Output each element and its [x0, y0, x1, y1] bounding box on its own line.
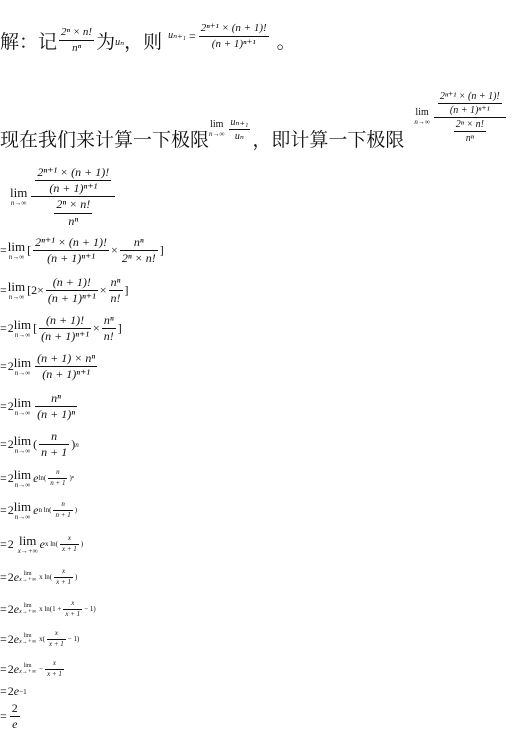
bracket: [ [27, 243, 31, 258]
exp-part: x( [39, 636, 45, 643]
limit-operator: limx→+∞ [19, 603, 36, 615]
lim-subscript: n→∞ [15, 410, 31, 417]
limit-operator: limx→+∞ [19, 663, 36, 675]
times-sign: × [111, 243, 118, 258]
exponent: n ln(nn + 1) [38, 501, 77, 519]
numerator: x [51, 660, 58, 668]
u-n1-denominator: (n + 1)ⁿ⁺¹ [210, 38, 258, 50]
numerator: n [54, 469, 62, 477]
lim-subscript: n→∞ [15, 482, 31, 489]
lim-text: lim [10, 186, 27, 199]
period: 。 [277, 27, 296, 54]
numerator: x [66, 535, 73, 543]
denominator: n + 1 [39, 446, 69, 459]
fraction: 2ⁿ⁺¹ × (n + 1)!(n + 1)ⁿ⁺¹ [33, 236, 109, 265]
fraction: nⁿ(n + 1)ⁿ [35, 392, 77, 421]
lim-text: lim [14, 318, 31, 331]
limit-operator: limn→∞ [14, 356, 31, 377]
step-11: = 2 e limx→+∞ x ln(xx + 1) [0, 568, 77, 586]
limit-operator: limx→+∞ [19, 633, 36, 645]
numerator: nⁿ [49, 392, 63, 405]
lim-subscript: x→+∞ [19, 639, 36, 645]
lim-subscript: n→∞ [9, 254, 25, 261]
equals-sign: = [0, 437, 7, 452]
denominator: n! [102, 330, 116, 343]
fraction: (n + 1)!(n + 1)ⁿ⁺¹ [39, 314, 91, 343]
lim-text: lim [14, 500, 31, 513]
denominator: n! [109, 292, 123, 305]
numerator: x [69, 600, 76, 608]
fraction-bar [59, 40, 94, 41]
exp-part: n ln( [38, 507, 51, 514]
step-9: = 2 limn→∞ e n ln(nn + 1) [0, 500, 77, 521]
limit-operator: limn→∞ [14, 434, 31, 455]
step-12: = 2 e limx→+∞ x ln(1 + xx + 1 − 1) [0, 600, 96, 618]
fraction: nⁿ2ⁿ × n! [120, 236, 158, 265]
numerator: 2ⁿ⁺¹ × (n + 1)! [33, 236, 109, 249]
as-label: 为 [96, 27, 115, 54]
exp-part: x ln( [39, 574, 52, 581]
numerator: nⁿ [109, 276, 123, 289]
lim-subscript: x→+∞ [18, 548, 38, 555]
lim-text: lim [14, 396, 31, 409]
compound-numerator: 2ⁿ⁺¹ × (n + 1)! (n + 1)ⁿ⁺¹ [33, 166, 113, 195]
equals-sign: = [0, 399, 7, 414]
bracket: [ [33, 321, 37, 336]
exp-part: x ln( [45, 541, 58, 548]
limit-operator: limn→∞ [14, 500, 31, 521]
text-middle: ，即计算一下极限 [252, 125, 404, 152]
fraction: xx + 1 [54, 568, 73, 586]
lim-subscript: n→∞ [11, 200, 27, 207]
coefficient: 2 [8, 537, 14, 552]
step-13: = 2 e limx→+∞ x(xx + 1 − 1) [0, 630, 79, 648]
numerator: (n + 1)! [44, 314, 86, 327]
fraction: xx + 1 [45, 660, 64, 678]
lim-subscript: n→∞ [15, 332, 31, 339]
exponent: limx→+∞ x(xx + 1 − 1) [19, 630, 79, 648]
lim-text: lim [14, 356, 31, 369]
u-n1-numerator: 2ⁿ⁺¹ × (n + 1)! [199, 22, 269, 34]
equals-sign: = [0, 283, 7, 298]
equals-sign: = [0, 503, 7, 518]
denominator: x + 1 [47, 641, 66, 649]
denominator: (n + 1)ⁿ [35, 408, 77, 421]
denominator-bottom: nⁿ [464, 133, 476, 144]
equals-sign: = [0, 537, 7, 552]
denominator-bottom: nⁿ [66, 215, 80, 228]
u-n-numerator: 2ⁿ × n! [59, 26, 94, 38]
limit-operator: limx→+∞ [19, 571, 36, 583]
text-before: 现在我们来计算一下极限 [0, 125, 209, 152]
step-14: = 2 e limx→+∞ −xx + 1 [0, 660, 66, 678]
fraction: (n + 1) × nⁿ(n + 1)ⁿ⁺¹ [35, 352, 97, 381]
fraction-bar [199, 36, 269, 37]
lim-subscript: x→+∞ [19, 577, 36, 583]
exponent: x ln(xx + 1) [45, 535, 83, 553]
u-n-denominator: nⁿ [70, 42, 83, 54]
lim-subscript: x→+∞ [19, 669, 36, 675]
equals-sign: = [189, 29, 196, 44]
limit-operator: limn→∞ [8, 240, 25, 261]
equals-sign: = [0, 359, 7, 374]
fraction-bar [454, 131, 486, 132]
numerator: n [49, 430, 59, 443]
limit-operator: limn→∞ [8, 280, 25, 301]
equals-sign: = [0, 632, 7, 647]
step-5: = 2 limn→∞ (n + 1) × nⁿ(n + 1)ⁿ⁺¹ [0, 352, 99, 381]
exp-part: x ln(1 + [39, 606, 61, 613]
denominator: (n + 1)ⁿ⁺¹ [40, 368, 92, 381]
lim-text: lim [14, 434, 31, 447]
equals-sign: = [0, 243, 7, 258]
denominator: n + 1 [53, 512, 72, 520]
step-2: = limn→∞ [ 2ⁿ⁺¹ × (n + 1)!(n + 1)ⁿ⁺¹ × n… [0, 236, 164, 265]
fraction: nn + 1 [48, 469, 67, 487]
numerator: nⁿ [132, 236, 146, 249]
exp-part: ) [75, 574, 77, 581]
limit-operator: limn→∞ [14, 318, 31, 339]
fraction: nⁿn! [109, 276, 123, 305]
step-6: = 2 limn→∞ nⁿ(n + 1)ⁿ [0, 392, 79, 421]
denominator-top: 2ⁿ × n! [54, 198, 92, 211]
compound-denominator: 2ⁿ × n! nⁿ [452, 119, 488, 144]
denominator: n + 1 [48, 480, 67, 488]
equals-sign: = [0, 709, 7, 724]
lim-subscript: n→∞ [15, 514, 31, 521]
equals-sign: = [0, 321, 7, 336]
numerator-bottom: (n + 1)ⁿ⁺¹ [47, 182, 99, 195]
lim-text: lim [210, 120, 223, 130]
fraction: xx + 1 [63, 600, 82, 618]
fraction: nⁿn! [102, 314, 116, 343]
fraction-bar [229, 129, 251, 130]
lim-text: lim [14, 468, 31, 481]
fraction: nn + 1 [53, 501, 72, 519]
equals-sign: = [0, 471, 7, 486]
lim-subscript: n→∞ [15, 370, 31, 377]
limit-operator: lim n→∞ [414, 108, 430, 126]
minus-sign: − [39, 666, 43, 673]
compound-denominator: 2ⁿ × n! nⁿ [52, 198, 94, 227]
numerator: 2 [10, 702, 20, 715]
exponent: limx→+∞ −xx + 1 [19, 660, 66, 678]
denominator-top: 2ⁿ × n! [454, 119, 486, 130]
ratio-numerator: uₙ₊₁ [229, 117, 251, 128]
numerator-top: 2ⁿ⁺¹ × (n + 1)! [438, 91, 502, 102]
fraction: (n + 1)!(n + 1)ⁿ⁺¹ [46, 276, 98, 305]
exp-part: − 1) [68, 636, 80, 643]
lim-text: lim [415, 108, 428, 118]
exponent: ln(nn + 1)ⁿ [38, 469, 74, 487]
limit-operator: limn→∞ [14, 468, 31, 489]
step-8: = 2 limn→∞ e ln(nn + 1)ⁿ [0, 468, 74, 489]
step-16: = 2e [0, 702, 22, 731]
u-n1-definition: 2ⁿ⁺¹ × (n + 1)! (n + 1)ⁿ⁺¹ [199, 22, 269, 49]
numerator: (n + 1) × nⁿ [35, 352, 97, 365]
denominator: e [10, 718, 19, 731]
lim-subscript: x→+∞ [19, 609, 36, 615]
step-4: = 2 limn→∞ [ (n + 1)!(n + 1)ⁿ⁺¹ × nⁿn! ] [0, 314, 122, 343]
lim-text: lim [8, 280, 25, 293]
numerator: x [60, 568, 67, 576]
exponent: limx→+∞ x ln(1 + xx + 1 − 1) [19, 600, 96, 618]
step-3: = limn→∞ [ 2 × (n + 1)!(n + 1)ⁿ⁺¹ × nⁿn!… [0, 276, 129, 305]
exp-part: )ⁿ [69, 475, 74, 482]
lim-text: lim [19, 534, 36, 547]
equals-sign: = [0, 570, 7, 585]
u-n-symbol: uₙ [115, 37, 124, 48]
exponent: limx→+∞ x ln(xx + 1) [19, 568, 77, 586]
solution-label: 解：记 [0, 27, 57, 54]
exp-part: ln( [38, 475, 46, 482]
step-10: = 2 limx→+∞ e x ln(xx + 1) [0, 534, 83, 555]
fraction: xx + 1 [47, 630, 66, 648]
limit-operator: limn→∞ [14, 396, 31, 417]
compound-fraction: 2ⁿ⁺¹ × (n + 1)! (n + 1)ⁿ⁺¹ 2ⁿ × n! nⁿ [31, 166, 115, 228]
lim-text: lim [8, 240, 25, 253]
numerator: n [59, 501, 67, 509]
bracket: ] [160, 243, 164, 258]
intro-line: 解：记 2ⁿ × n! nⁿ 为 uₙ ，则 uₙ₊₁ = 2ⁿ⁺¹ × (n … [0, 20, 296, 60]
denominator: x + 1 [54, 579, 73, 587]
numerator: nⁿ [102, 314, 116, 327]
lim-subscript: n→∞ [9, 294, 25, 301]
lim-subscript: n→∞ [15, 448, 31, 455]
equals-sign: = [0, 684, 7, 699]
fraction: xx + 1 [60, 535, 79, 553]
numerator: x [53, 630, 60, 638]
denominator: 2ⁿ × n! [120, 252, 158, 265]
limit-operator: limx→+∞ [18, 534, 38, 555]
limit-operator: lim n→∞ [209, 120, 225, 138]
equals-sign: = [0, 662, 7, 677]
bracket: ] [125, 283, 129, 298]
times-sign: × [100, 283, 107, 298]
lim-subscript: n→∞ [209, 131, 225, 138]
denominator: x + 1 [45, 671, 64, 679]
u-n1-symbol: uₙ₊₁ [168, 30, 186, 41]
denominator: x + 1 [60, 546, 79, 554]
exp-part: ) [81, 541, 83, 548]
main-fraction-bar [434, 117, 506, 118]
equals-sign: = [0, 602, 7, 617]
final-fraction: 2e [10, 702, 20, 731]
denominator: (n + 1)ⁿ⁺¹ [39, 330, 91, 343]
denominator: x + 1 [63, 611, 82, 619]
u-n-definition: 2ⁿ × n! nⁿ [59, 26, 94, 53]
denominator: (n + 1)ⁿ⁺¹ [46, 292, 98, 305]
times-sign: × [37, 283, 44, 298]
lim-subscript: n→∞ [414, 119, 430, 126]
step-1: limn→∞ 2ⁿ⁺¹ × (n + 1)! (n + 1)ⁿ⁺¹ 2ⁿ × n… [10, 166, 117, 228]
fraction: nn + 1 [39, 430, 69, 459]
limit-intro-line: 现在我们来计算一下极限 lim n→∞ uₙ₊₁ uₙ ，即计算一下极限 lim… [0, 78, 520, 156]
denominator: (n + 1)ⁿ⁺¹ [45, 252, 97, 265]
numerator-top: 2ⁿ⁺¹ × (n + 1)! [35, 166, 111, 179]
compound-fraction: 2ⁿ⁺¹ × (n + 1)! (n + 1)ⁿ⁺¹ 2ⁿ × n! nⁿ [434, 91, 506, 144]
times-sign: × [93, 321, 100, 336]
step-15: = 2 e−1 [0, 684, 27, 699]
ratio-denominator: uₙ [233, 131, 246, 142]
numerator: (n + 1)! [51, 276, 93, 289]
then-label: ，则 [124, 27, 162, 54]
paren: ( [33, 437, 37, 452]
numerator-bottom: (n + 1)ⁿ⁺¹ [448, 105, 492, 116]
fraction-bar [438, 103, 502, 104]
exp-part: ) [75, 507, 77, 514]
compound-numerator: 2ⁿ⁺¹ × (n + 1)! (n + 1)ⁿ⁺¹ [436, 91, 504, 116]
limit-operator: limn→∞ [10, 186, 27, 207]
ratio-fraction: uₙ₊₁ uₙ [229, 117, 251, 142]
step-7: = 2 limn→∞ ( nn + 1 )n [0, 430, 79, 459]
exp-part: − 1) [84, 606, 96, 613]
bracket: ] [118, 321, 122, 336]
